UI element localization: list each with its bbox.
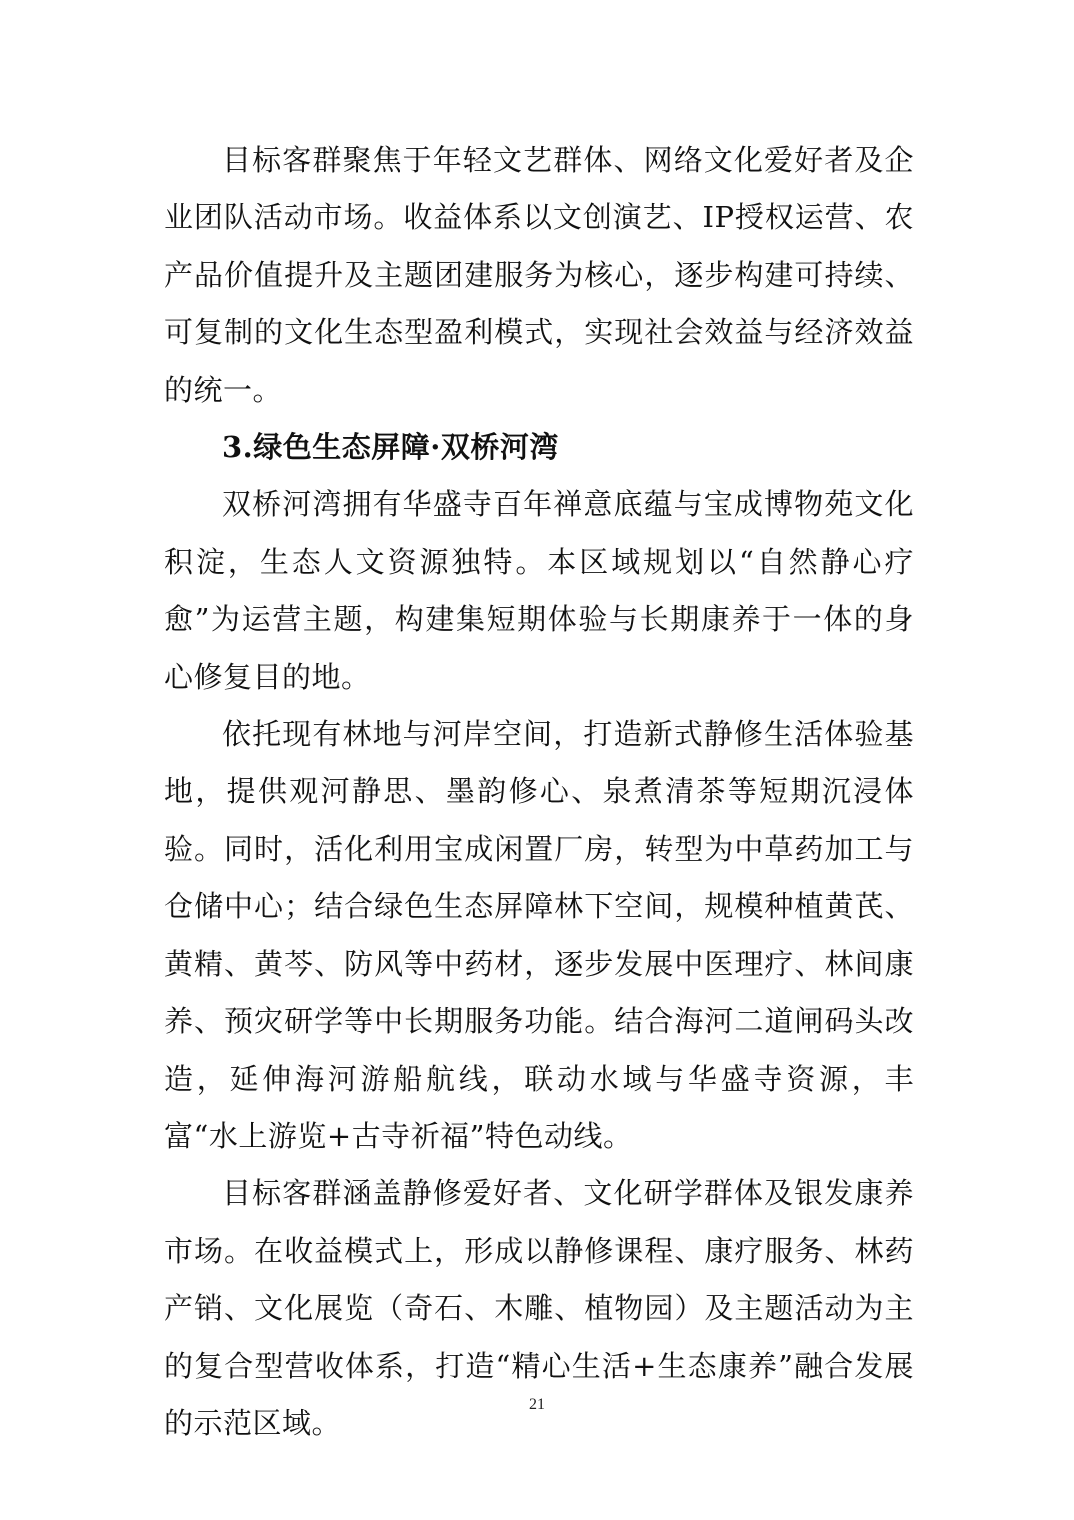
paragraph-target-customers-culture: 目标客群聚焦于年轻文艺群体、网络文化爱好者及企业团队活动市场。收益体系以文创演艺… xyxy=(164,132,914,419)
page-number: 21 xyxy=(0,1396,1074,1414)
paragraph-retreat-base-plan: 依托现有林地与河岸空间，打造新式静修生活体验基地，提供观河静思、墨韵修心、泉煮清… xyxy=(164,706,914,1165)
paragraph-shuangqiao-overview: 双桥河湾拥有华盛寺百年禅意底蕴与宝成博物苑文化积淀，生态人文资源独特。本区域规划… xyxy=(164,476,914,706)
page-body: 目标客群聚焦于年轻文艺群体、网络文化爱好者及企业团队活动市场。收益体系以文创演艺… xyxy=(164,132,914,1452)
section-heading-green-ecological-barrier: 3.绿色生态屏障·双桥河湾 xyxy=(164,419,914,476)
